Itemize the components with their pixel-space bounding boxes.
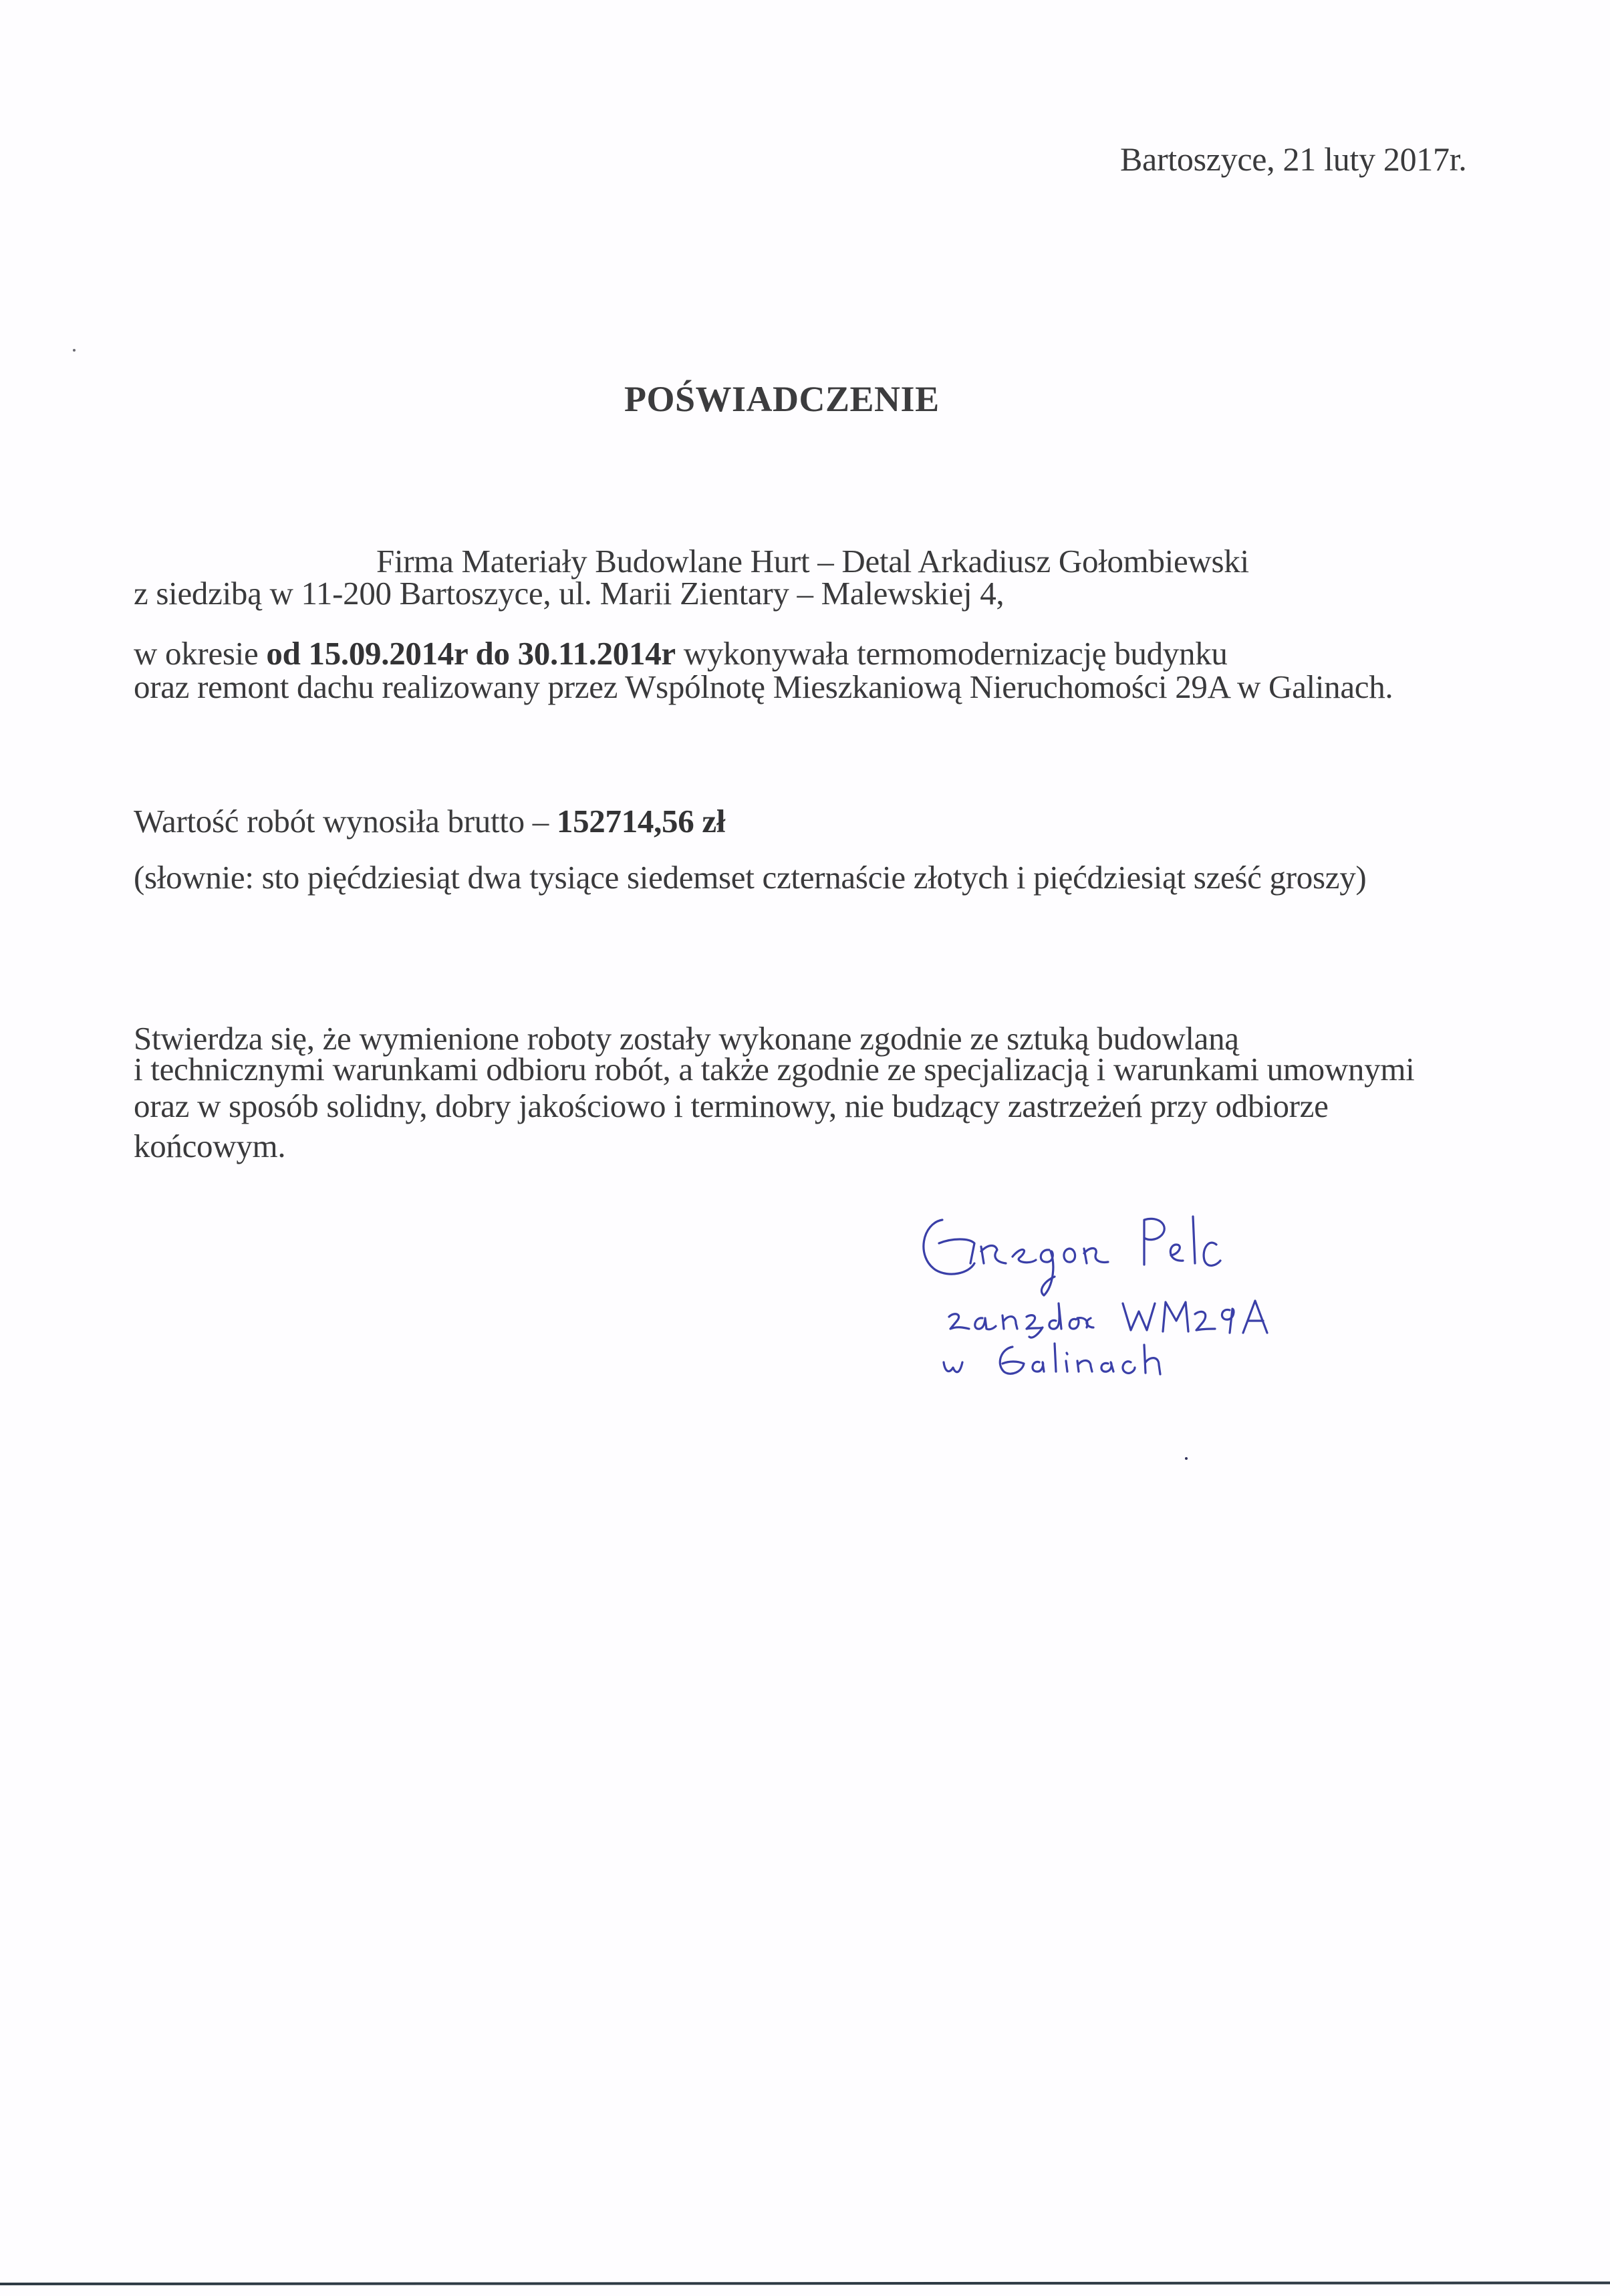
work-value-amount: 152714,56 zł [557, 803, 725, 840]
work-period-prefix: w okresie [134, 635, 266, 672]
document-title: POŚWIADCZENIE [624, 381, 940, 417]
statement-line-3: oraz w sposób solidny, dobry jakościowo … [134, 1090, 1329, 1122]
work-period-dates: od 15.09.2014r do 30.11.2014r [266, 635, 675, 672]
work-period-line: w okresie od 15.09.2014r do 30.11.2014r … [134, 637, 1228, 670]
statement-line-1: Stwierdza się, że wymienione roboty zost… [134, 1022, 1239, 1055]
place-and-date: Bartoszyce, 21 luty 2017r. [1120, 142, 1467, 176]
work-value-in-words: (słownie: sto pięćdziesiąt dwa tysiące s… [134, 861, 1366, 894]
work-value-line: Wartość robót wynosiła brutto – 152714,5… [134, 805, 725, 838]
work-period-suffix: wykonywała termomodernizację budynku [676, 635, 1228, 672]
scan-speck [73, 349, 76, 352]
company-address-line: z siedzibą w 11-200 Bartoszyce, ul. Mari… [134, 577, 1004, 610]
work-scope-line: oraz remont dachu realizowany przez Wspó… [134, 670, 1393, 703]
company-name-line: Firma Materiały Budowlane Hurt – Detal A… [376, 545, 1249, 578]
scan-speck [1185, 1457, 1188, 1460]
statement-line-4: końcowym. [134, 1130, 285, 1162]
work-value-prefix: Wartość robót wynosiła brutto – [134, 803, 557, 840]
scan-bottom-edge-line [0, 2281, 1610, 2285]
document-page: Bartoszyce, 21 luty 2017r. POŚWIADCZENIE… [0, 0, 1610, 2296]
statement-line-2: i technicznymi warunkami odbioru robót, … [134, 1053, 1414, 1086]
handwritten-signature [896, 1196, 1377, 1390]
signature-ink [896, 1196, 1377, 1390]
